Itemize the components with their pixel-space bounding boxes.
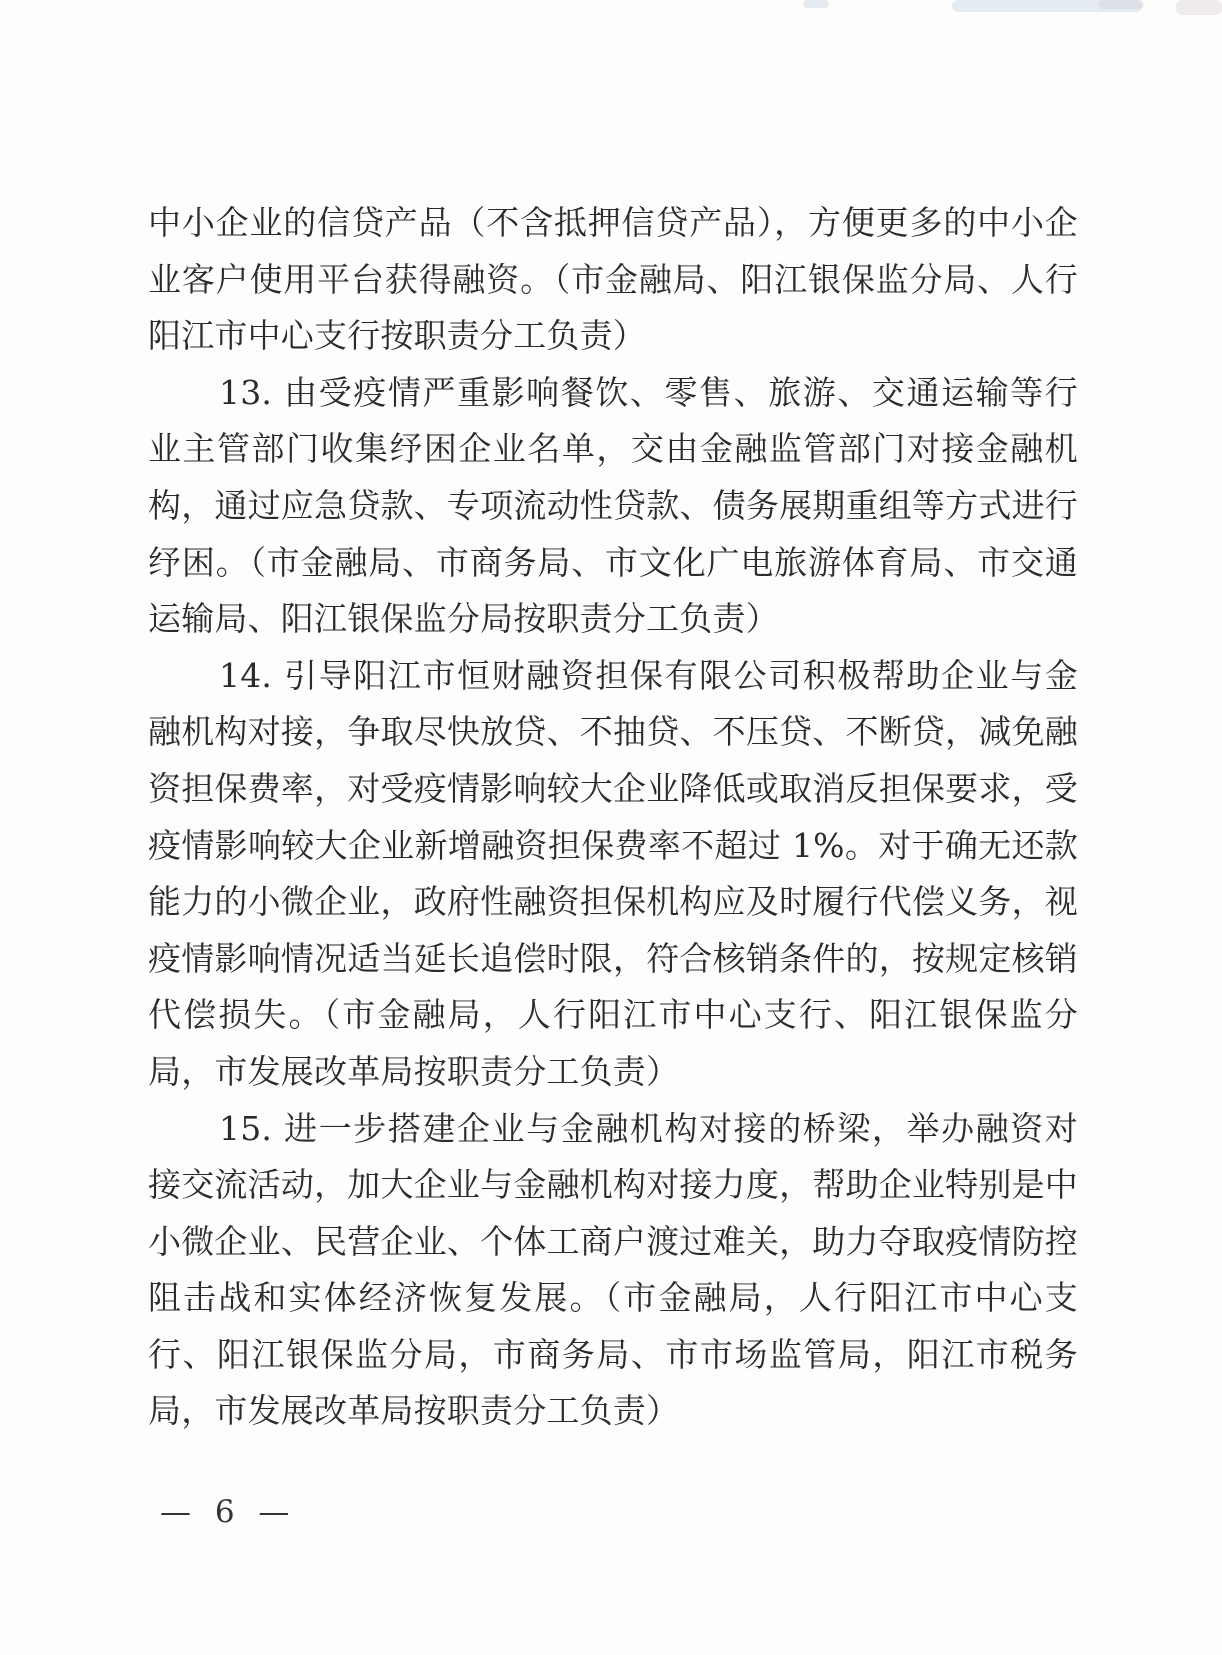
paragraph-13: 13. 由受疫情严重影响餐饮、零售、旅游、交通运输等行业主管部门收集纾困企业名单… <box>148 365 1078 648</box>
document-page: 中小企业的信贷产品（不含抵押信贷产品），方便更多的中小企业客户使用平台获得融资。… <box>0 0 1222 1655</box>
document-body: 中小企业的信贷产品（不含抵押信贷产品），方便更多的中小企业客户使用平台获得融资。… <box>148 195 1078 1440</box>
paragraph-12-continuation: 中小企业的信贷产品（不含抵押信贷产品），方便更多的中小企业客户使用平台获得融资。… <box>148 195 1078 365</box>
scan-smudge <box>803 0 829 8</box>
paragraph-15: 15. 进一步搭建企业与金融机构对接的桥梁，举办融资对接交流活动，加大企业与金融… <box>148 1101 1078 1441</box>
page-number: — 6 — <box>160 1494 290 1530</box>
scan-smudge <box>1176 0 1222 15</box>
scan-smudge <box>1098 0 1144 9</box>
scan-smudge <box>952 0 1142 12</box>
paragraph-14: 14. 引导阳江市恒财融资担保有限公司积极帮助企业与金融机构对接，争取尽快放贷、… <box>148 648 1078 1101</box>
